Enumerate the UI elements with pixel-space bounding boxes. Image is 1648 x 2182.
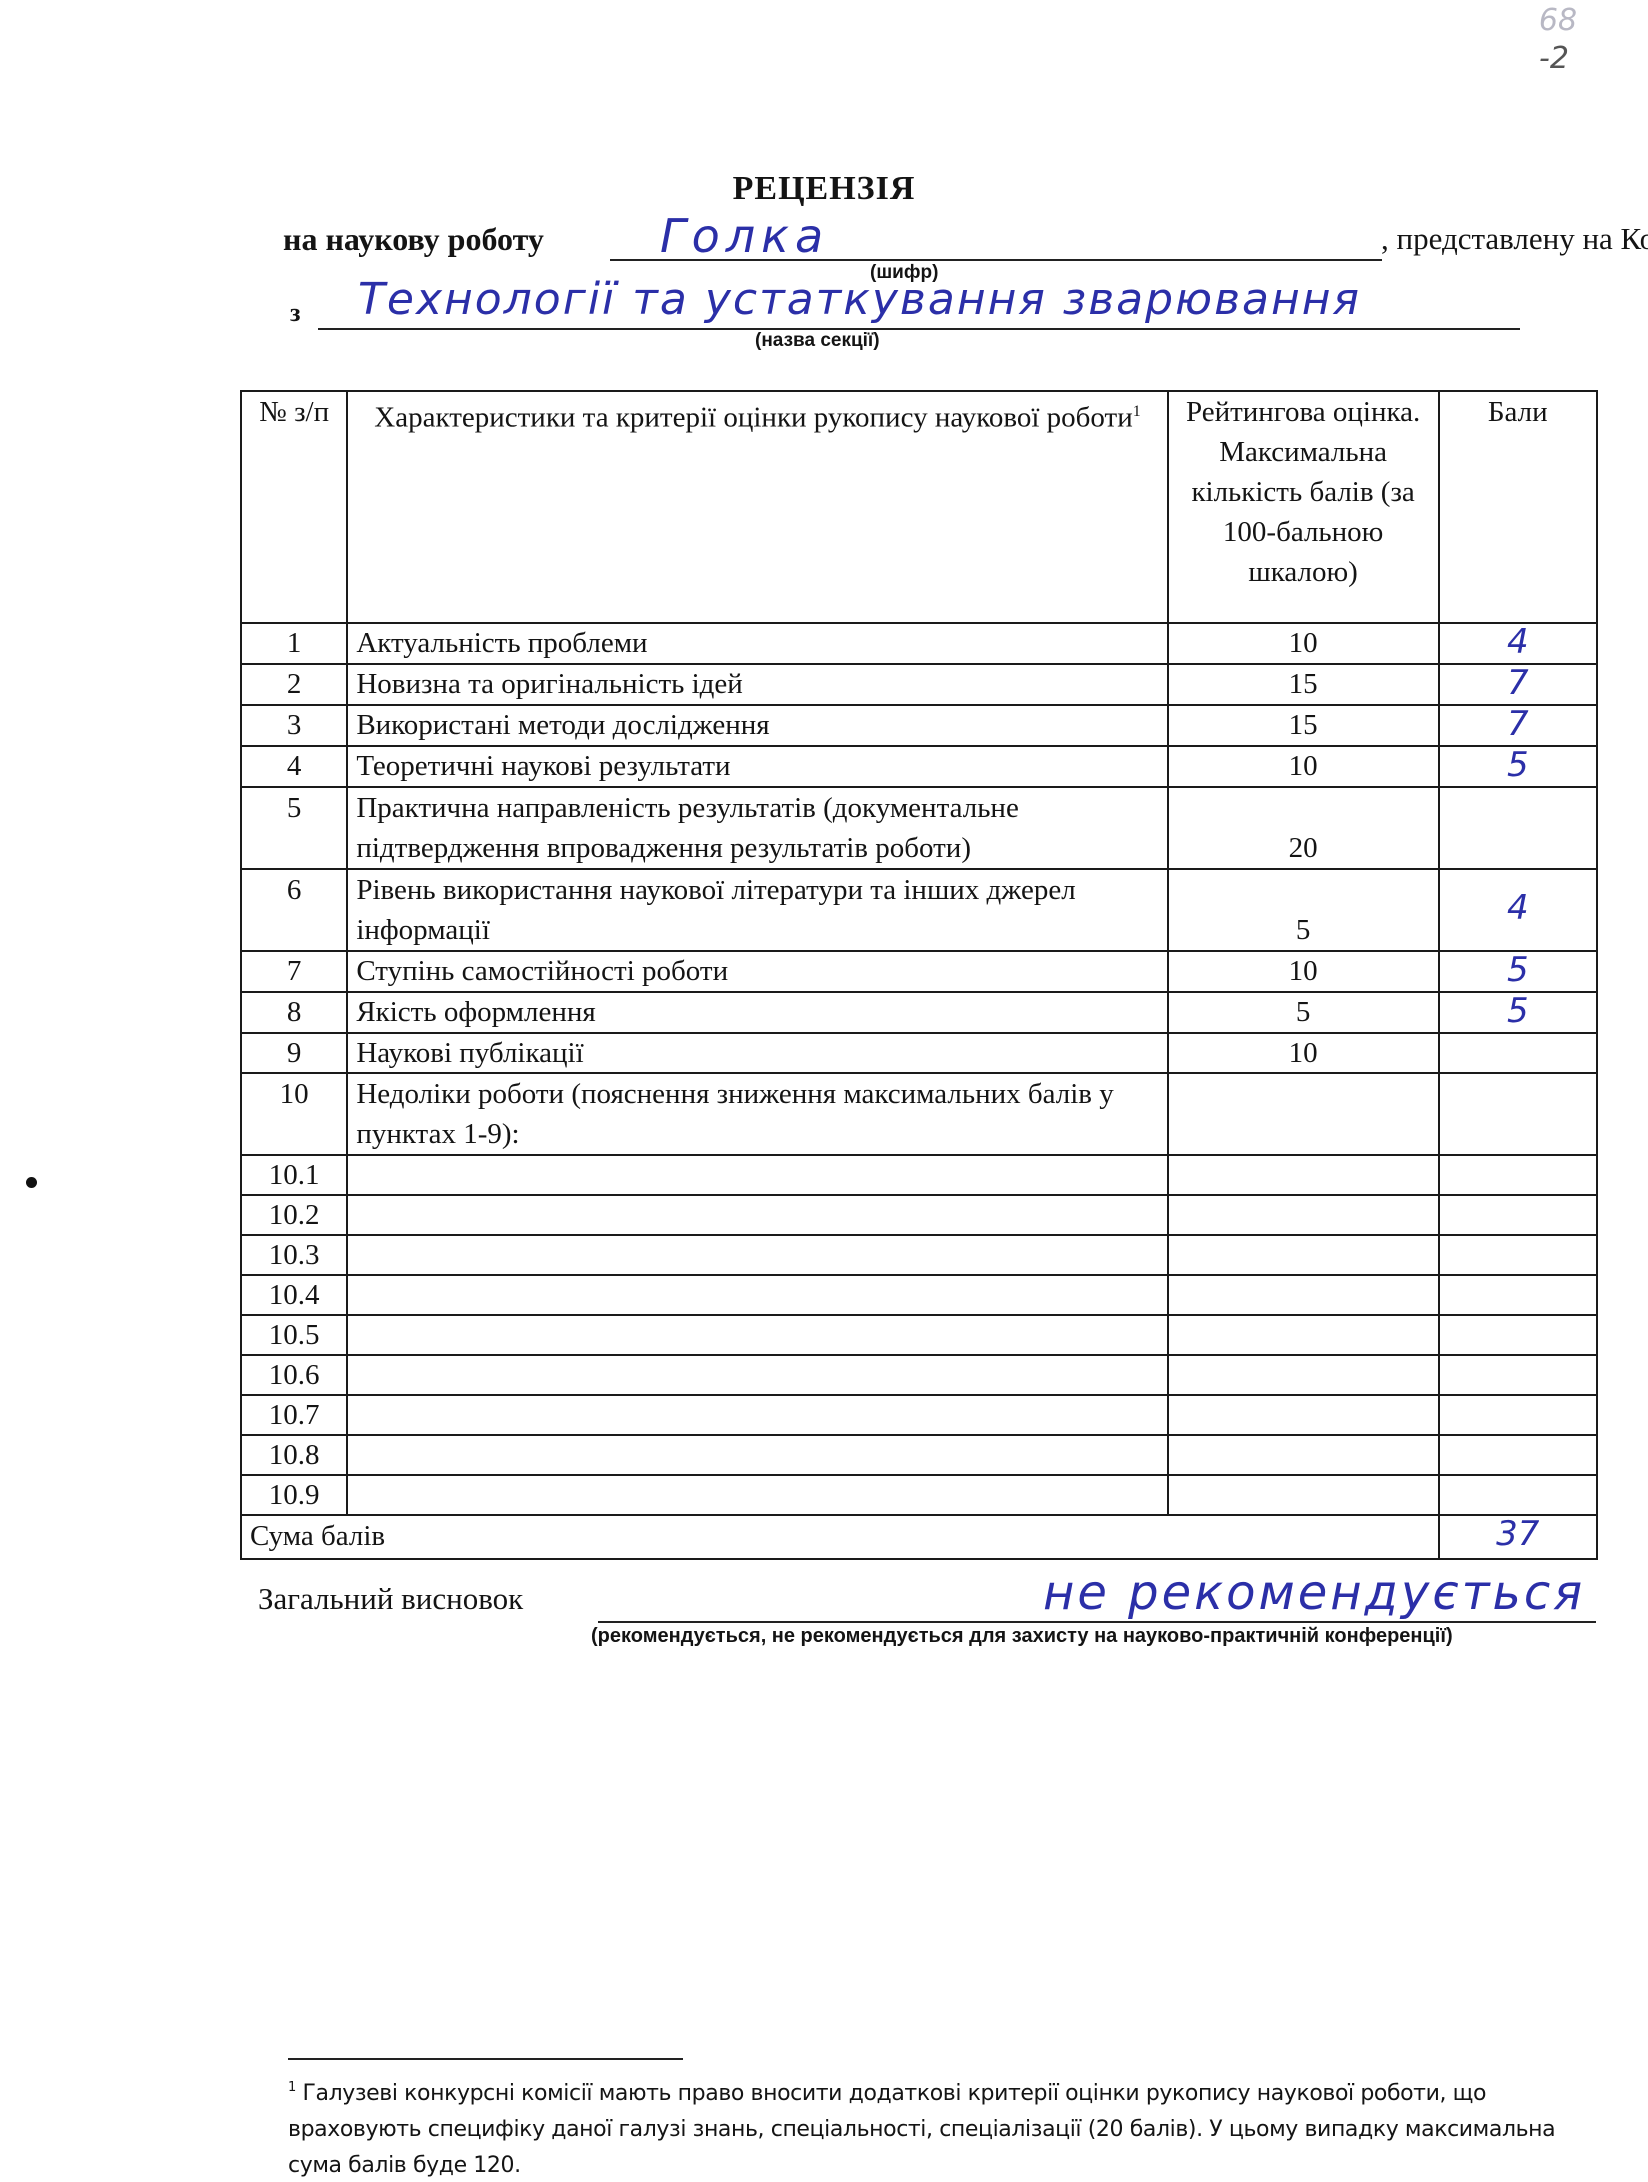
row-num: 8 xyxy=(241,992,347,1033)
row-num: 3 xyxy=(241,705,347,746)
subrow-max[interactable] xyxy=(1168,1435,1439,1475)
conclusion-value: не рекомендується xyxy=(1043,1565,1585,1621)
row-points-cell[interactable] xyxy=(1439,1073,1597,1155)
row-points-cell[interactable]: 7 xyxy=(1439,664,1597,705)
subrow-max[interactable] xyxy=(1168,1275,1439,1315)
row-criterion: Недоліки роботи (пояснення зниження макс… xyxy=(347,1073,1167,1155)
table-subrow: 10.4 xyxy=(241,1275,1597,1315)
document-title: РЕЦЕНЗІЯ xyxy=(0,170,1648,208)
row-num: 9 xyxy=(241,1033,347,1073)
row-max: 15 xyxy=(1168,664,1439,705)
row-num: 10 xyxy=(241,1073,347,1155)
row-points: 5 xyxy=(1507,745,1529,785)
table-row: 4Теоретичні наукові результати105 xyxy=(241,746,1597,787)
table-subrow: 10.7 xyxy=(241,1395,1597,1435)
subrow-text[interactable] xyxy=(347,1235,1167,1275)
table-row: 9Наукові публікації10 xyxy=(241,1033,1597,1073)
row-num: 6 xyxy=(241,869,347,951)
row-num: 7 xyxy=(241,951,347,992)
row-criterion: Використані методи дослідження xyxy=(347,705,1167,746)
subrow-num: 10.2 xyxy=(241,1195,347,1235)
row-criterion: Практична направленість результатів (док… xyxy=(347,787,1167,869)
subrow-text[interactable] xyxy=(347,1275,1167,1315)
sum-value-cell[interactable]: 37 xyxy=(1439,1515,1597,1559)
row-criterion: Актуальність проблеми xyxy=(347,623,1167,664)
row-points-cell[interactable]: 4 xyxy=(1439,869,1597,951)
row-points: 4 xyxy=(1507,622,1529,662)
header-num: № з/п xyxy=(241,391,347,623)
table-subrow: 10.6 xyxy=(241,1355,1597,1395)
subrow-points[interactable] xyxy=(1439,1235,1597,1275)
row-max: 10 xyxy=(1168,1033,1439,1073)
row-num: 5 xyxy=(241,787,347,869)
row-points-cell[interactable]: 5 xyxy=(1439,951,1597,992)
subrow-max[interactable] xyxy=(1168,1315,1439,1355)
row-points: 5 xyxy=(1507,950,1529,990)
conclusion-hint: (рекомендується, не рекомендується для з… xyxy=(591,1625,1453,1648)
table-row: 6Рівень використання наукової літератури… xyxy=(241,869,1597,951)
cipher-field[interactable]: Голка xyxy=(610,215,1382,261)
footnote-divider xyxy=(288,2058,683,2060)
table-subrow: 10.9 xyxy=(241,1475,1597,1515)
conclusion: Загальний висновок не рекомендується (ре… xyxy=(258,1565,1598,1655)
row-max: 10 xyxy=(1168,623,1439,664)
work-suffix: , представлену на Конкурс xyxy=(1381,221,1648,257)
table-row: 8Якість оформлення55 xyxy=(241,992,1597,1033)
subrow-max[interactable] xyxy=(1168,1475,1439,1515)
conclusion-label: Загальний висновок xyxy=(258,1581,523,1617)
row-points-cell[interactable] xyxy=(1439,787,1597,869)
table-row: 1Актуальність проблеми104 xyxy=(241,623,1597,664)
sum-label: Сума балів xyxy=(241,1515,1439,1559)
row-max: 5 xyxy=(1168,869,1439,951)
subrow-points[interactable] xyxy=(1439,1195,1597,1235)
subrow-points[interactable] xyxy=(1439,1435,1597,1475)
scan-dot xyxy=(26,1177,37,1188)
row-points: 7 xyxy=(1507,663,1529,703)
subrow-text[interactable] xyxy=(347,1355,1167,1395)
subrow-num: 10.1 xyxy=(241,1155,347,1195)
row-max: 5 xyxy=(1168,992,1439,1033)
subrow-points[interactable] xyxy=(1439,1275,1597,1315)
row-num: 4 xyxy=(241,746,347,787)
row-points: 4 xyxy=(1507,888,1529,928)
corner-note-line2: -2 xyxy=(1520,40,1588,78)
table-subrow: 10.5 xyxy=(241,1315,1597,1355)
row-criterion: Теоретичні наукові результати xyxy=(347,746,1167,787)
row-criterion: Ступінь самостійності роботи xyxy=(347,951,1167,992)
subrow-max[interactable] xyxy=(1168,1195,1439,1235)
subrow-max[interactable] xyxy=(1168,1155,1439,1195)
row-points-cell[interactable] xyxy=(1439,1033,1597,1073)
subrow-points[interactable] xyxy=(1439,1315,1597,1355)
row-points: 5 xyxy=(1507,991,1529,1031)
row-criterion: Наукові публікації xyxy=(347,1033,1167,1073)
row-points-cell[interactable]: 7 xyxy=(1439,705,1597,746)
subrow-num: 10.8 xyxy=(241,1435,347,1475)
table-subrow: 10.3 xyxy=(241,1235,1597,1275)
subrow-text[interactable] xyxy=(347,1195,1167,1235)
corner-handwritten-note: 68 -2 xyxy=(1528,2,1588,78)
footnote: 1 Галузеві конкурсні комісії мають право… xyxy=(288,2070,1608,2182)
subrow-points[interactable] xyxy=(1439,1355,1597,1395)
row-points-cell[interactable]: 5 xyxy=(1439,746,1597,787)
subrow-text[interactable] xyxy=(347,1395,1167,1435)
subrow-text[interactable] xyxy=(347,1155,1167,1195)
work-label: на наукову роботу xyxy=(283,221,544,258)
subrow-text[interactable] xyxy=(347,1475,1167,1515)
footnote-number: 1 xyxy=(288,2080,296,2095)
table-subrow: 10.1 xyxy=(241,1155,1597,1195)
subrow-num: 10.9 xyxy=(241,1475,347,1515)
subrow-points[interactable] xyxy=(1439,1395,1597,1435)
section-field[interactable]: Технології та устаткування зварювання xyxy=(318,280,1520,330)
table-row: 2Новизна та оригінальність ідей157 xyxy=(241,664,1597,705)
sum-row: Сума балів 37 xyxy=(241,1515,1597,1559)
table-subrow: 10.2 xyxy=(241,1195,1597,1235)
row-num: 1 xyxy=(241,623,347,664)
row-criterion: Якість оформлення xyxy=(347,992,1167,1033)
row-max: 10 xyxy=(1168,746,1439,787)
row-max: 20 xyxy=(1168,787,1439,869)
subrow-max[interactable] xyxy=(1168,1235,1439,1275)
header-criteria-text: Характеристики та критерії оцінки рукопи… xyxy=(374,402,1132,434)
row-max: 15 xyxy=(1168,705,1439,746)
table-row: 5Практична направленість результатів (до… xyxy=(241,787,1597,869)
footnote-text: Галузеві конкурсні комісії мають право в… xyxy=(288,2081,1555,2178)
subrow-points[interactable] xyxy=(1439,1155,1597,1195)
subrow-num: 10.5 xyxy=(241,1315,347,1355)
subrow-num: 10.6 xyxy=(241,1355,347,1395)
section-caption: (назва секції) xyxy=(755,330,880,352)
header-criteria: Характеристики та критерії оцінки рукопи… xyxy=(347,391,1167,623)
review-table: № з/п Характеристики та критерії оцінки … xyxy=(240,390,1598,1560)
header-points: Бали xyxy=(1439,391,1597,623)
subrow-text[interactable] xyxy=(347,1435,1167,1475)
section-value: Технології та устаткування зварювання xyxy=(358,274,1361,325)
header-max: Рейтингова оцінка. Максимальна кількість… xyxy=(1168,391,1439,623)
conclusion-field[interactable]: не рекомендується xyxy=(598,1565,1596,1623)
corner-note-line1: 68 xyxy=(1528,2,1588,40)
subrow-num: 10.3 xyxy=(241,1235,347,1275)
cipher-value: Голка xyxy=(660,209,829,263)
row-criterion: Рівень використання наукової літератури … xyxy=(347,869,1167,951)
subrow-points[interactable] xyxy=(1439,1475,1597,1515)
row-points: 7 xyxy=(1507,704,1529,744)
subrow-text[interactable] xyxy=(347,1315,1167,1355)
row-points-cell[interactable]: 5 xyxy=(1439,992,1597,1033)
table-row: 7Ступінь самостійності роботи105 xyxy=(241,951,1597,992)
row-points-cell[interactable]: 4 xyxy=(1439,623,1597,664)
subrow-max[interactable] xyxy=(1168,1395,1439,1435)
table-row: 3Використані методи дослідження157 xyxy=(241,705,1597,746)
sum-value: 37 xyxy=(1496,1514,1539,1554)
table-subrow: 10.8 xyxy=(241,1435,1597,1475)
footnote-mark: 1 xyxy=(1133,403,1141,420)
section-line: з Технології та устаткування зварювання xyxy=(290,280,1540,340)
subrow-num: 10.7 xyxy=(241,1395,347,1435)
table-header-row: № з/п Характеристики та критерії оцінки … xyxy=(241,391,1597,623)
table-row: 10Недоліки роботи (пояснення зниження ма… xyxy=(241,1073,1597,1155)
section-prefix: з xyxy=(290,298,300,328)
subrow-num: 10.4 xyxy=(241,1275,347,1315)
row-max: 10 xyxy=(1168,951,1439,992)
subrow-max[interactable] xyxy=(1168,1355,1439,1395)
work-line: на наукову роботу Голка , представлену н… xyxy=(283,215,1533,265)
row-num: 2 xyxy=(241,664,347,705)
row-max xyxy=(1168,1073,1439,1155)
row-criterion: Новизна та оригінальність ідей xyxy=(347,664,1167,705)
